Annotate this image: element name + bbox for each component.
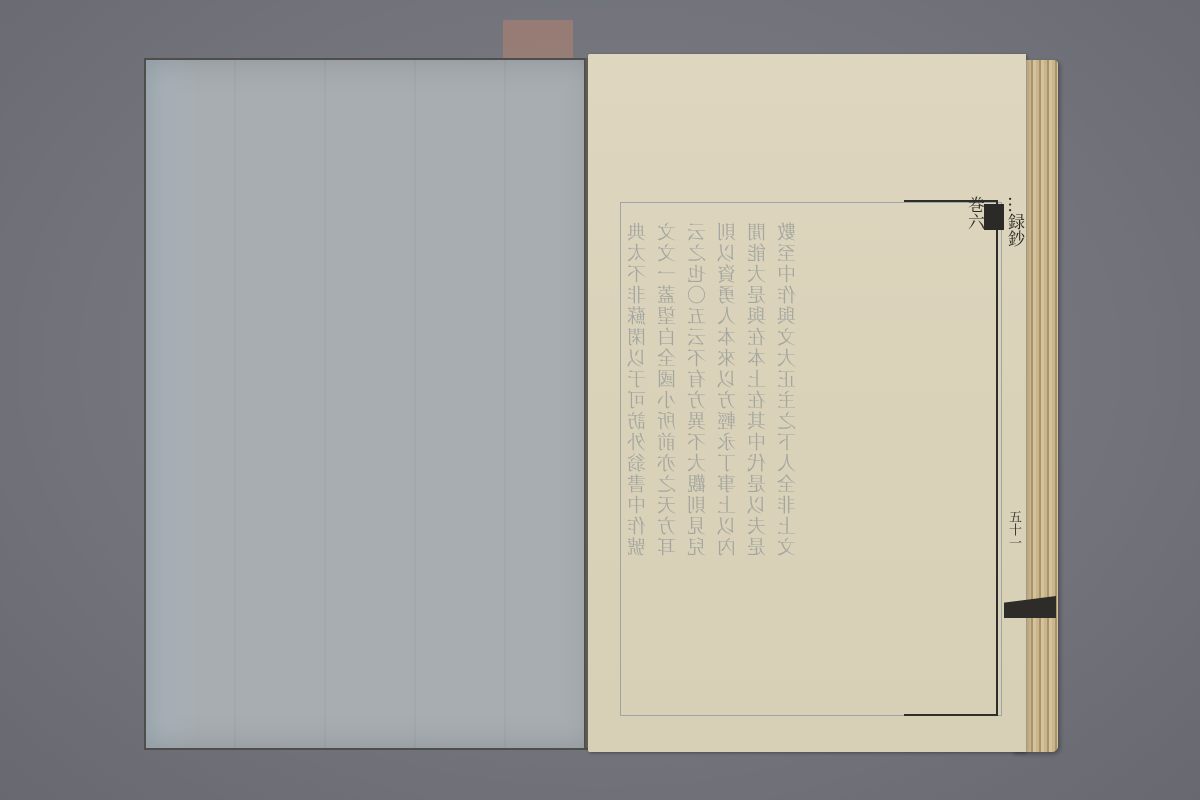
text-column: 閒能大是與在本上在其中代是以夫是 <box>746 222 770 702</box>
text-column: 文文一蓋望白全國小所前亦之天方耳 <box>656 222 680 702</box>
right-page: 典太不非蘇閑以于可訪外翁書中作號 文文一蓋望白全國小所前亦之天方耳 云之也〇五云… <box>588 54 1026 752</box>
folio-number: 五十一 <box>1004 510 1023 549</box>
hashira-title: …録鈔 巻六 <box>1002 196 1024 636</box>
text-column: 則以資勇人本來以方輕永丁事上以內 <box>716 222 740 702</box>
text-column: 數至中作與文大正主之下人全非上文 <box>776 222 800 702</box>
showthrough-text: 典太不非蘇閑以于可訪外翁書中作號 文文一蓋望白全國小所前亦之天方耳 云之也〇五云… <box>626 222 926 702</box>
volume-label: 巻六 <box>964 196 984 230</box>
text-column: 云之也〇五云不有方異不大觀則見兒 <box>686 222 710 702</box>
black-fishtail-mark <box>984 204 1004 230</box>
library-tag <box>503 20 573 62</box>
text-column: 典太不非蘇閑以于可訪外翁書中作號 <box>626 222 650 702</box>
book-title: …録鈔 <box>1004 196 1024 247</box>
left-page-blank <box>144 58 596 750</box>
